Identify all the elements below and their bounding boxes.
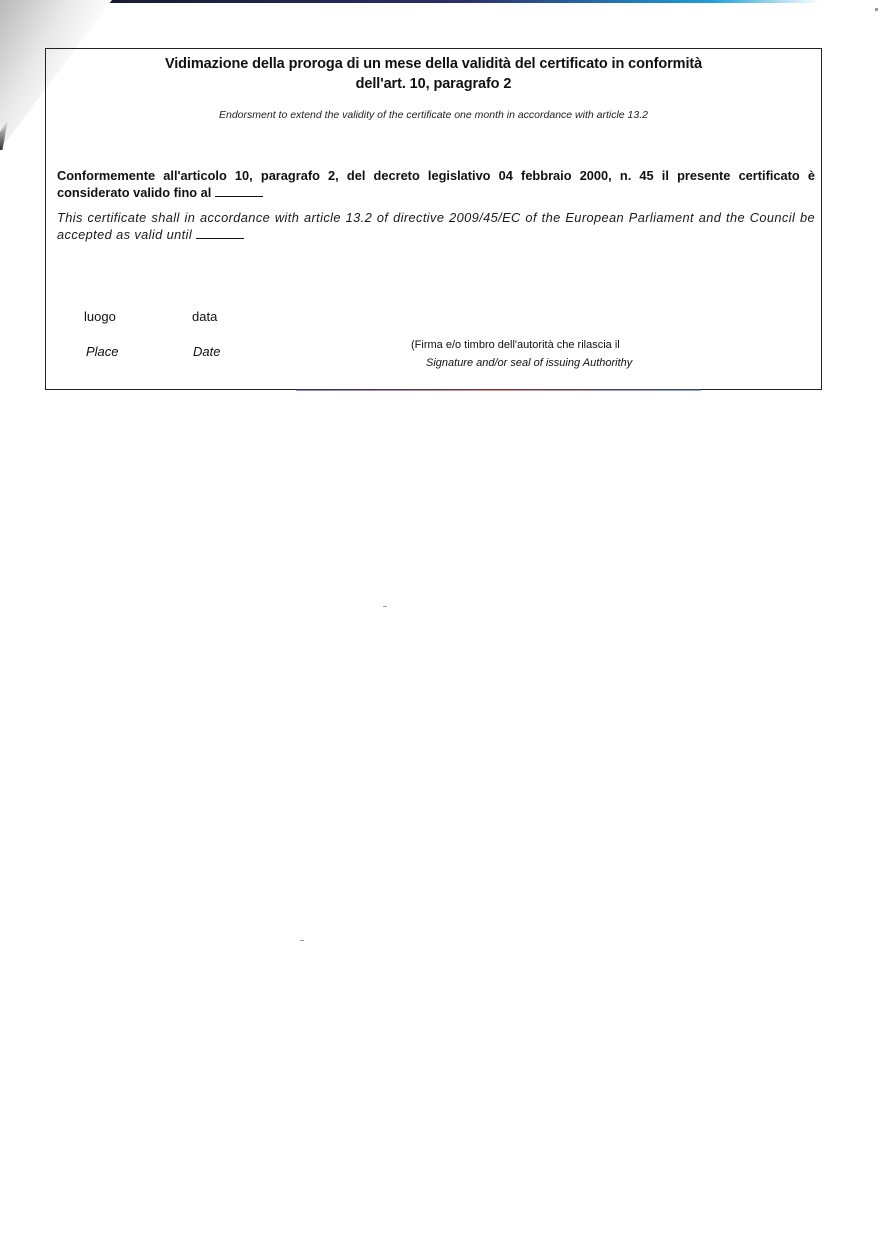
title-line-1: Vidimazione della proroga di un mese del…	[46, 54, 821, 74]
validity-paragraph-en: This certificate shall in accordance wit…	[57, 209, 815, 243]
valid-until-field-en[interactable]	[196, 227, 244, 239]
validity-text-it: Conformemente all'articolo 10, paragrafo…	[57, 168, 815, 200]
date-label-it: data	[192, 309, 217, 324]
title-line-2: dell'art. 10, paragrafo 2	[46, 74, 821, 94]
place-label-it: luogo	[84, 309, 116, 324]
valid-until-field-it[interactable]	[215, 185, 263, 197]
scan-top-edge	[100, 0, 820, 3]
scan-speck	[875, 8, 878, 11]
place-label-en: Place	[86, 344, 119, 359]
signature-label-en: Signature and/or seal of issuing Authori…	[426, 357, 632, 369]
validity-paragraph-it: Conformemente all'articolo 10, paragrafo…	[57, 167, 815, 201]
endorsement-box: Vidimazione della proroga di un mese del…	[45, 48, 822, 390]
scan-speck	[300, 940, 304, 941]
scan-speck	[383, 606, 387, 607]
date-label-en: Date	[193, 344, 220, 359]
signature-label-it: (Firma e/o timbro dell'autorità che rila…	[411, 339, 620, 351]
endorsement-subtitle-en: Endorsment to extend the validity of the…	[46, 109, 821, 121]
endorsement-title: Vidimazione della proroga di un mese del…	[46, 54, 821, 94]
validity-text-en: This certificate shall in accordance wit…	[57, 210, 815, 242]
